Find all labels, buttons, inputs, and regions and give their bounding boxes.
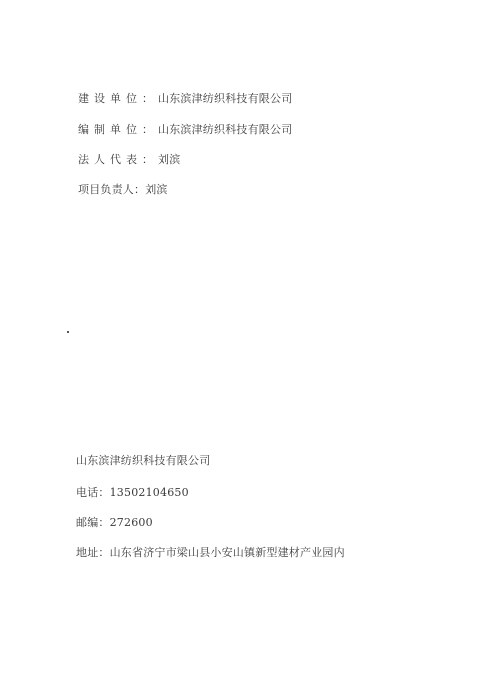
builder-value: 山东滨津纺织科技有限公司 (158, 92, 292, 105)
compiler-value: 山东滨津纺织科技有限公司 (158, 123, 292, 136)
speck-mark (67, 331, 69, 333)
legal-rep-line: 法人代表：刘滨 (78, 151, 180, 167)
compiler-line: 编制单位：山东滨津纺织科技有限公司 (78, 121, 292, 137)
project-lead-line: 项目负责人：刘滨 (78, 181, 168, 197)
project-lead-value: 刘滨 (145, 183, 167, 196)
postcode-line: 邮编：272600 (76, 514, 153, 530)
phone-line: 电话：13502104650 (76, 484, 189, 500)
phone-label: 电话： (76, 486, 110, 499)
address-line: 地址：山东省济宁市梁山县小安山镇新型建材产业园内 (76, 544, 345, 560)
project-lead-label: 项目负责人： (78, 183, 145, 196)
contact-company: 山东滨津纺织科技有限公司 (76, 452, 210, 468)
builder-label: 建设单位： (78, 92, 158, 105)
builder-line: 建设单位：山东滨津纺织科技有限公司 (78, 90, 292, 106)
postcode-label: 邮编： (76, 516, 110, 529)
address-label: 地址： (76, 546, 110, 559)
compiler-label: 编制单位： (78, 123, 158, 136)
legal-rep-value: 刘滨 (158, 153, 180, 166)
postcode-value: 272600 (110, 516, 153, 529)
legal-rep-label: 法人代表： (78, 153, 158, 166)
phone-value: 13502104650 (110, 486, 189, 499)
address-value: 山东省济宁市梁山县小安山镇新型建材产业园内 (110, 546, 345, 559)
